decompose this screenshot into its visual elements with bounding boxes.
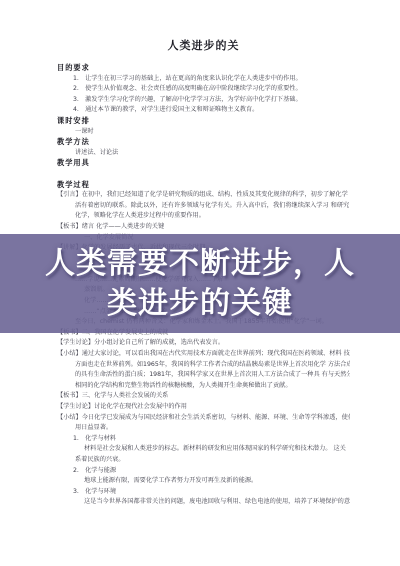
doc-line: 教学过程 bbox=[57, 180, 350, 191]
doc-line bbox=[57, 169, 350, 180]
doc-line: 这是当今世界各国都非常关注的问题，废电池回收与利用、绿色电池的使用，培养了环境保… bbox=[84, 497, 350, 508]
doc-line: 2. 化学与能源 bbox=[73, 466, 350, 477]
doc-line: 3. 激发学生学习化学的兴趣，了解高中化学学习方法，为学好高中化学打下基础。 bbox=[73, 95, 350, 106]
overlay-caption-line-2: 类进步的关键 bbox=[107, 284, 293, 324]
doc-line: 系着民族的兴衰。 bbox=[75, 455, 350, 466]
doc-line: 【小结】通过大家讨论，可以看出我国在古代实用技术方面就走在世界前列；现代我国在医… bbox=[57, 349, 350, 360]
doc-line: 【小结】今日化学已发展成为与国民经济和社会生活关系密切，与材料、能源、环境、生命… bbox=[57, 413, 350, 424]
doc-line: 1. 化学与材料 bbox=[73, 434, 350, 445]
doc-line: 【引言】在初中，我们已经知道了化学是研究物质的组成、结构、性质及其变化规律的科学… bbox=[57, 190, 350, 201]
document-title: 人类进步的关 bbox=[57, 40, 350, 52]
doc-line: 1. 让学生在初三学习的基础上，站在更高的角度来认识化学在人类进步中的作用。 bbox=[73, 74, 350, 85]
doc-line: 讲述法、讨论法 bbox=[75, 148, 350, 159]
doc-line: 【学生讨论】分小组讨论自己所了解的成就，选出代表发言。 bbox=[57, 338, 350, 349]
doc-line: 的具有生命活性的蛋白质；1981年，我国科学家又在世界上首次用人工方法合成了一种… bbox=[75, 370, 350, 381]
watermark-overlay: 人类需要不断进步，人 类进步的关键 bbox=[0, 234, 400, 333]
doc-line: 教学方法 bbox=[57, 137, 350, 148]
doc-line: 【板书】绪言 化学——人类进步的关键 bbox=[57, 222, 350, 233]
doc-line: 3. 化学与环境 bbox=[73, 487, 350, 498]
doc-line: 相同的化学结构和完整生物活性的核糖核酸，为人类揭开生命奥秘做出了贡献。 bbox=[75, 381, 350, 392]
doc-line: 2. 使学生从价值观念、社会责任感的高度明确在高中阶段继续学习化学的重要性。 bbox=[73, 84, 350, 95]
doc-line: 方面也走在世界前列。如1965年，我国的科学工作者合成的结晶胰岛素是世界上首次用… bbox=[75, 360, 350, 371]
document-page: 人类进步的关 目的要求1. 让学生在初三学习的基础上，站在更高的角度来认识化学在… bbox=[0, 0, 400, 566]
doc-line: 化学，领略化学在人类进步过程中的重要作用。 bbox=[75, 211, 350, 222]
doc-line: 教学用具 bbox=[57, 158, 350, 169]
doc-line: 一课时 bbox=[75, 127, 350, 138]
doc-line: 目的要求 bbox=[57, 63, 350, 74]
overlay-caption-line-1: 人类需要不断进步，人 bbox=[45, 244, 355, 284]
doc-line: 地球上能源有限，需要化学工作者努力开发可再生及新的能源。 bbox=[84, 476, 350, 487]
doc-line: 活有着密切的联系。除此以外，还有许多领域与化学有关。升入高中后，我们将继续深入学… bbox=[75, 201, 350, 212]
doc-line: 用日益显著。 bbox=[75, 423, 350, 434]
doc-line: 课时安排 bbox=[57, 116, 350, 127]
doc-line: 【学生讨论】讨论化学在现代社会发展中的作用 bbox=[57, 402, 350, 413]
doc-line: 【板书】三、化学与人类社会发展的关系 bbox=[57, 391, 350, 402]
doc-line: 材料是社会发展和人类进步的标志。新材料的研发和应用体现国家的科学研究和技术潜力。… bbox=[84, 444, 350, 455]
doc-line: 4. 通过本节课的教学，对学生进行爱国主义和辩证唯物主义教育。 bbox=[73, 105, 350, 116]
